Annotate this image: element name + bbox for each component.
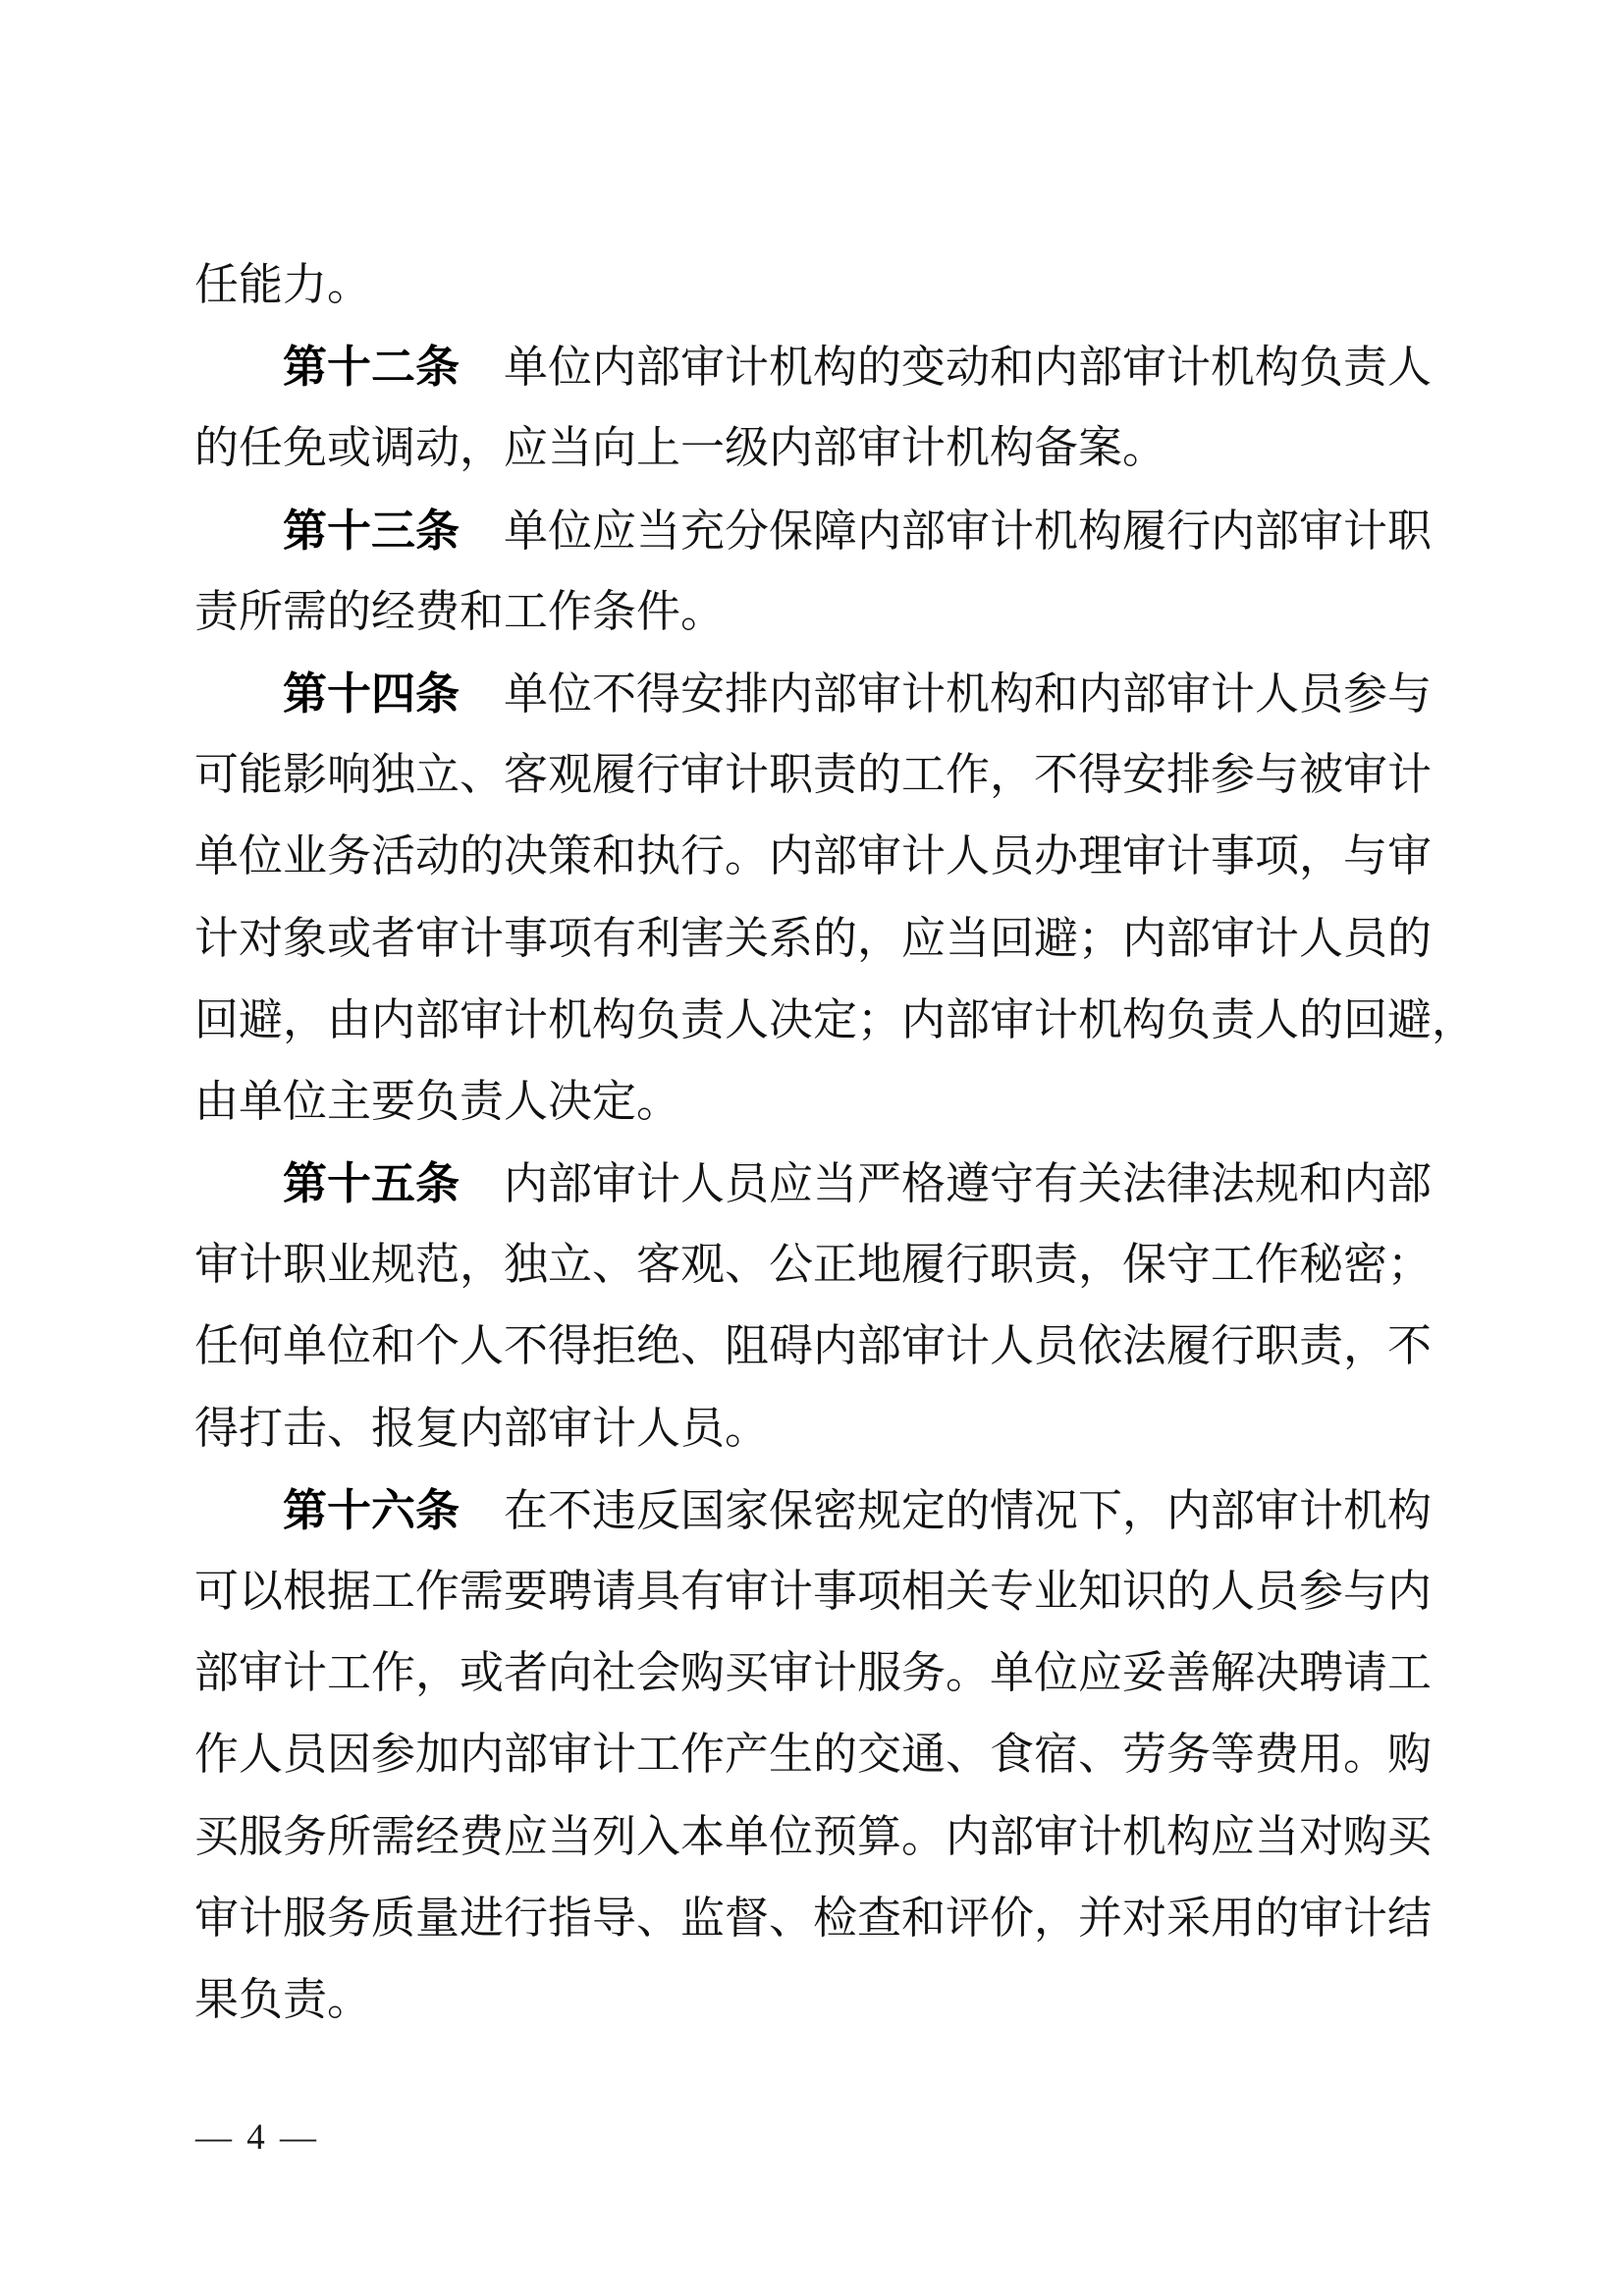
text-line: 第十四条 单位不得安排内部审计机构和内部审计人员参与 [194,653,1500,734]
text-line: 买服务所需经费应当列入本单位预算。内部审计机构应当对购买 [194,1796,1500,1878]
line-text: 部审计工作，或者向社会购买审计服务。单位应妥善解决聘请工 [194,1648,1432,1697]
line-text: 单位应当充分保障内部审计机构履行内部审计职 [460,507,1432,556]
line-text: 可以根据工作需要聘请具有审计事项相关专业知识的人员参与内 [194,1567,1432,1616]
line-text: 由单位主要负责人决定。 [194,1077,680,1126]
text-line: 回避，由内部审计机构负责人决定；内部审计机构负责人的回避， [194,980,1500,1061]
text-line: 第十五条 内部审计人员应当严格遵守有关法律法规和内部 [194,1143,1500,1224]
line-text: 单位不得安排内部审计机构和内部审计人员参与 [460,669,1432,719]
line-text: 得打击、报复内部审计人员。 [194,1404,769,1453]
article-number-heading: 第十三条 [283,506,460,556]
line-text: 在不违反国家保密规定的情况下，内部审计机构 [460,1486,1432,1535]
line-text: 买服务所需经费应当列入本单位预算。内部审计机构应当对购买 [194,1812,1432,1861]
line-text: 任能力。 [194,260,371,309]
text-line: 计对象或者审计事项有利害关系的，应当回避；内部审计人员的 [194,898,1500,980]
line-text: 可能影响独立、客观履行审计职责的工作，不得安排参与被审计 [194,750,1432,799]
article-number-heading: 第十五条 [283,1158,460,1208]
document-page: 任能力。第十二条 单位内部审计机构的变动和内部审计机构负责人的任免或调动，应当向… [0,0,1624,2296]
line-text: 作人员因参加内部审计工作产生的交通、食宿、劳务等费用。购 [194,1730,1432,1779]
text-line: 可以根据工作需要聘请具有审计事项相关专业知识的人员参与内 [194,1551,1500,1632]
article-number-heading: 第十四条 [283,668,460,719]
line-text: 审计服务质量进行指导、监督、检查和评价，并对采用的审计结 [194,1894,1432,1943]
text-line: 任何单位和个人不得拒绝、阻碍内部审计人员依法履行职责，不 [194,1306,1500,1387]
line-text: 任何单位和个人不得拒绝、阻碍内部审计人员依法履行职责，不 [194,1321,1432,1370]
text-line: 第十二条 单位内部审计机构的变动和内部审计机构负责人 [194,326,1500,407]
page-number: — 4 — [195,2112,319,2163]
line-text: 审计职业规范，独立、客观、公正地履行职责，保守工作秘密； [194,1240,1432,1289]
text-line: 责所需的经费和工作条件。 [194,571,1500,653]
text-line: 审计职业规范，独立、客观、公正地履行职责，保守工作秘密； [194,1224,1500,1306]
text-line: 第十六条 在不违反国家保密规定的情况下，内部审计机构 [194,1469,1500,1551]
text-line: 作人员因参加内部审计工作产生的交通、食宿、劳务等费用。购 [194,1714,1500,1795]
line-text: 内部审计人员应当严格遵守有关法律法规和内部 [460,1159,1432,1208]
article-number-heading: 第十二条 [283,342,460,392]
text-line: 由单位主要负责人决定。 [194,1061,1500,1143]
text-line: 可能影响独立、客观履行审计职责的工作，不得安排参与被审计 [194,734,1500,816]
text-line: 审计服务质量进行指导、监督、检查和评价，并对采用的审计结 [194,1878,1500,1959]
line-text: 的任免或调动，应当向上一级内部审计机构备案。 [194,423,1166,472]
line-text: 单位业务活动的决策和执行。内部审计人员办理审计事项，与审 [194,831,1432,881]
line-text: 计对象或者审计事项有利害关系的，应当回避；内部审计人员的 [194,914,1432,963]
text-line: 果负责。 [194,1959,1500,2041]
article-number-heading: 第十六条 [283,1485,460,1535]
text-block: 任能力。第十二条 单位内部审计机构的变动和内部审计机构负责人的任免或调动，应当向… [194,244,1500,2041]
line-text: 单位内部审计机构的变动和内部审计机构负责人 [460,343,1432,392]
text-line: 部审计工作，或者向社会购买审计服务。单位应妥善解决聘请工 [194,1632,1500,1714]
text-line: 单位业务活动的决策和执行。内部审计人员办理审计事项，与审 [194,816,1500,897]
line-text: 回避，由内部审计机构负责人决定；内部审计机构负责人的回避， [194,995,1476,1044]
text-line: 任能力。 [194,244,1500,326]
text-line: 得打击、报复内部审计人员。 [194,1388,1500,1469]
line-text: 责所需的经费和工作条件。 [194,587,725,636]
line-text: 果负责。 [194,1975,371,2024]
text-line: 第十三条 单位应当充分保障内部审计机构履行内部审计职 [194,490,1500,571]
text-line: 的任免或调动，应当向上一级内部审计机构备案。 [194,407,1500,489]
